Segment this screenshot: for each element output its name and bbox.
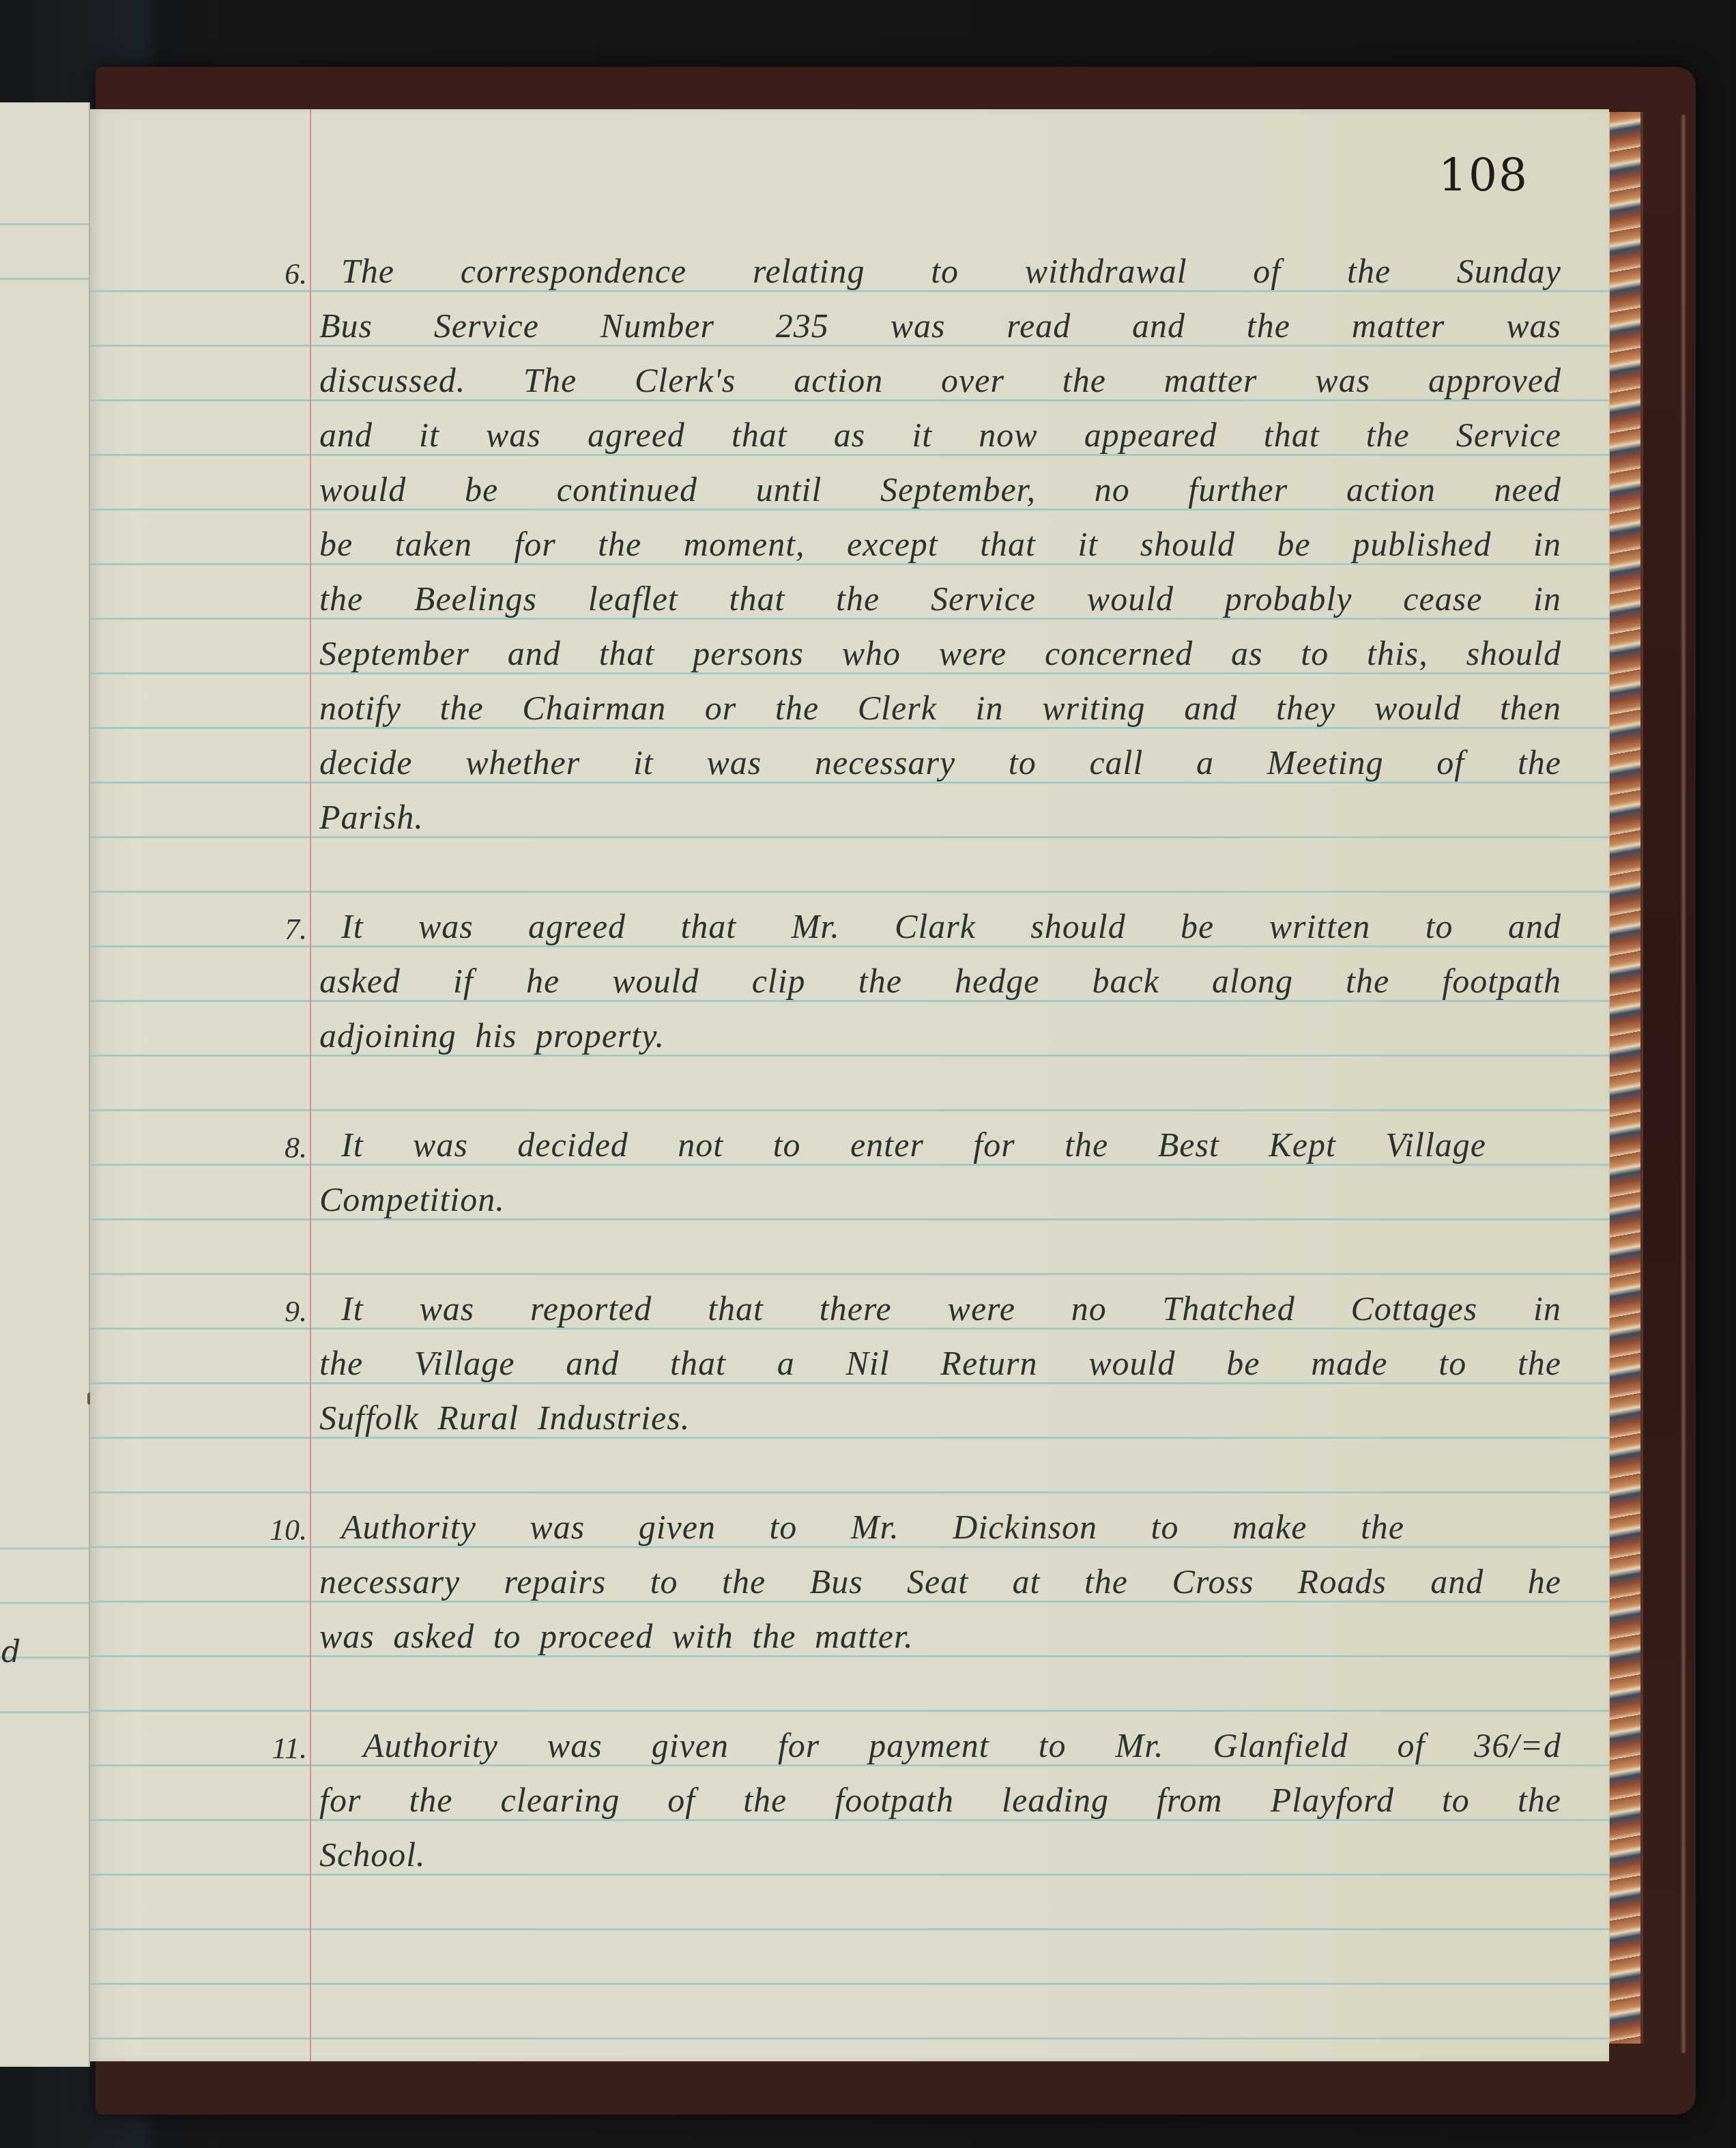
minute-text-line: The correspondence relating to withdrawa… <box>341 250 1561 291</box>
ruled-line <box>90 1491 1609 1493</box>
minute-text-line: It was agreed that Mr. Clark should be w… <box>341 906 1561 947</box>
minute-text-line: decide whether it was necessary to call … <box>319 742 1561 783</box>
minute-text-line: Suffolk Rural Industries. <box>319 1397 1561 1438</box>
ruled-line <box>0 1711 89 1713</box>
marbled-page-edge <box>1608 112 1643 2044</box>
ruled-line <box>90 1273 1609 1275</box>
minute-text-line: It was reported that there were no Thatc… <box>341 1288 1561 1329</box>
minute-text-line: It was decided not to enter for the Best… <box>341 1124 1486 1165</box>
ruled-line <box>0 1602 89 1604</box>
minute-text-line: necessary repairs to the Bus Seat at the… <box>319 1561 1561 1602</box>
minute-number: 6. <box>259 257 307 291</box>
minute-text-line: School. <box>319 1834 1561 1875</box>
ruled-line <box>0 223 89 225</box>
minute-text-line: would be continued until September, no f… <box>319 469 1561 510</box>
minute-number: 8. <box>259 1130 307 1165</box>
ruled-line <box>0 1547 89 1549</box>
minute-number: 7. <box>259 912 307 947</box>
minute-text-line: Bus Service Number 235 was read and the … <box>319 305 1561 346</box>
ruled-line <box>90 1983 1609 1985</box>
ruled-line <box>0 278 89 280</box>
minute-text-line: was asked to proceed with the matter. <box>319 1616 1561 1657</box>
minute-text-line: be taken for the moment, except that it … <box>319 524 1561 564</box>
previous-page: d <box>0 102 90 2067</box>
ruled-line <box>90 1109 1609 1111</box>
minute-number: 10. <box>259 1513 307 1547</box>
minute-text-line: notify the Chairman or the Clerk in writ… <box>319 687 1561 728</box>
page-number: 108 <box>1438 149 1529 201</box>
minute-number: 9. <box>259 1294 307 1329</box>
minute-text-line: September and that persons who were conc… <box>319 633 1561 674</box>
minute-text-line: the Village and that a Nil Return would … <box>319 1343 1561 1384</box>
minute-text-line: adjoining his property. <box>319 1015 1561 1056</box>
minute-text-line: Parish. <box>319 797 1561 837</box>
ruled-line <box>90 1710 1609 1712</box>
minute-text-line: asked if he would clip the hedge back al… <box>319 960 1561 1001</box>
minute-text-line: for the clearing of the footpath leading… <box>319 1779 1561 1820</box>
ruled-line <box>90 2037 1609 2039</box>
minute-text-line: and it was agreed that as it now appeare… <box>319 414 1561 455</box>
minute-text-line: Authority was given to Mr. Dickinson to … <box>341 1506 1404 1547</box>
minute-book-page: 108 6. The correspondence relating to wi… <box>90 109 1609 2061</box>
ruled-line <box>90 891 1609 893</box>
left-page-text-fragment: d <box>1 1635 20 1670</box>
ruled-line <box>90 1928 1609 1930</box>
minute-text-line: Authority was given for payment to Mr. G… <box>363 1725 1561 1766</box>
minute-text-line: the Beelings leaflet that the Service wo… <box>319 578 1561 619</box>
minute-number: 11. <box>259 1731 307 1766</box>
minute-text-line: discussed. The Clerk's action over the m… <box>319 360 1561 401</box>
margin-line <box>310 109 311 2061</box>
minute-text-line: Competition. <box>319 1179 1561 1220</box>
